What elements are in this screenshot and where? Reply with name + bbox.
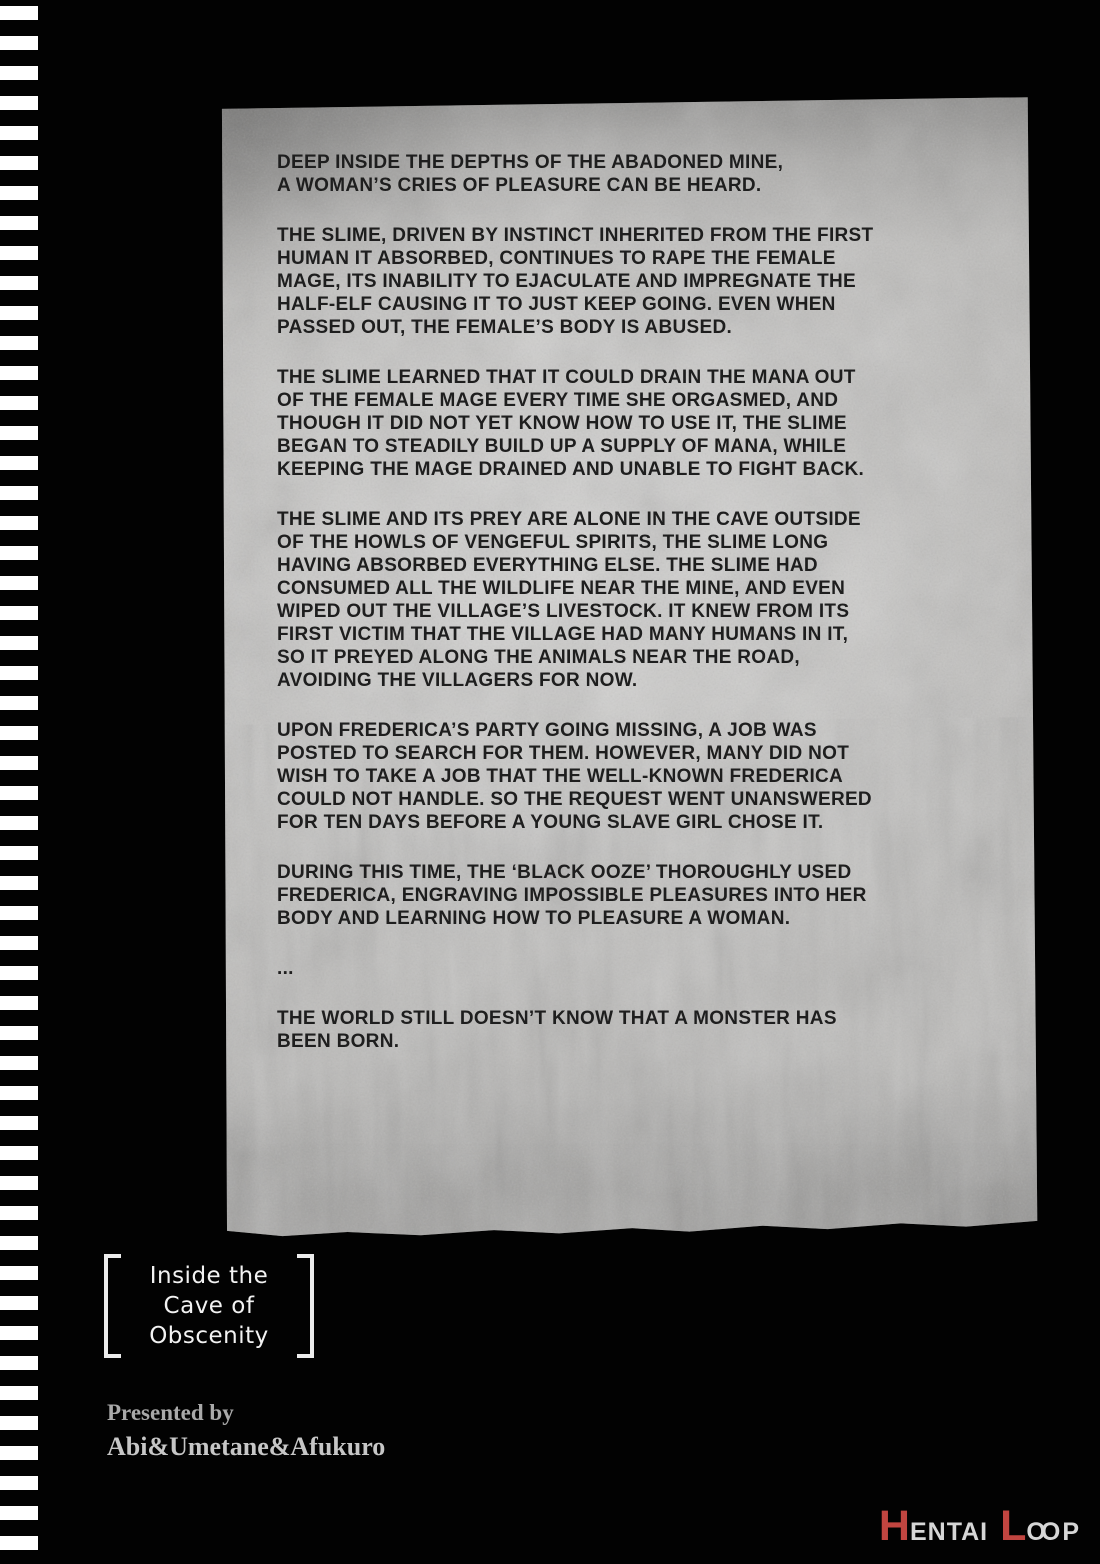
- binding-stripes-pattern: [0, 6, 38, 1558]
- story-paragraph-6: DURING THIS TIME, THE ‘BLACK OOZE’ THORO…: [277, 861, 983, 930]
- story-paragraph-4: THE SLIME AND ITS PREY ARE ALONE IN THE …: [277, 508, 983, 692]
- chapter-title-block: Inside the Cave of Obscenity: [104, 1254, 314, 1358]
- story-text-block: DEEP INSIDE THE DEPTHS OF THE ABADONED M…: [277, 151, 983, 1080]
- logo-text-oo: OO: [1026, 1520, 1055, 1545]
- story-paragraph-7: THE WORLD STILL DOESN’T KNOW THAT A MONS…: [277, 1007, 983, 1053]
- bracket-left-icon: [104, 1254, 121, 1358]
- credits-block: Presented by Abi&Umetane&Afukuro: [107, 1400, 385, 1462]
- presented-by-label: Presented by: [107, 1400, 385, 1426]
- story-paragraph-2: THE SLIME, DRIVEN BY INSTINCT INHERITED …: [277, 224, 983, 339]
- chapter-title: Inside the Cave of Obscenity: [121, 1254, 297, 1358]
- bracket-right-icon: [297, 1254, 314, 1358]
- authors-label: Abi&Umetane&Afukuro: [107, 1432, 385, 1462]
- story-paragraph-5: UPON FREDERICA’S PARTY GOING MISSING, A …: [277, 719, 983, 834]
- publisher-logo: H ENTAI L OO P: [879, 1505, 1080, 1548]
- logo-letter-l: L: [1000, 1505, 1026, 1548]
- logo-text-entai: ENTAI: [910, 1520, 988, 1545]
- logo-letter-h: H: [879, 1505, 910, 1548]
- manga-credits-page: DEEP INSIDE THE DEPTHS OF THE ABADONED M…: [0, 0, 1100, 1564]
- logo-text-p: P: [1062, 1520, 1080, 1545]
- story-paragraph-3: THE SLIME LEARNED THAT IT COULD DRAIN TH…: [277, 366, 983, 481]
- story-paragraph-1: DEEP INSIDE THE DEPTHS OF THE ABADONED M…: [277, 151, 983, 197]
- story-paragraph-ellipsis: ...: [277, 957, 983, 980]
